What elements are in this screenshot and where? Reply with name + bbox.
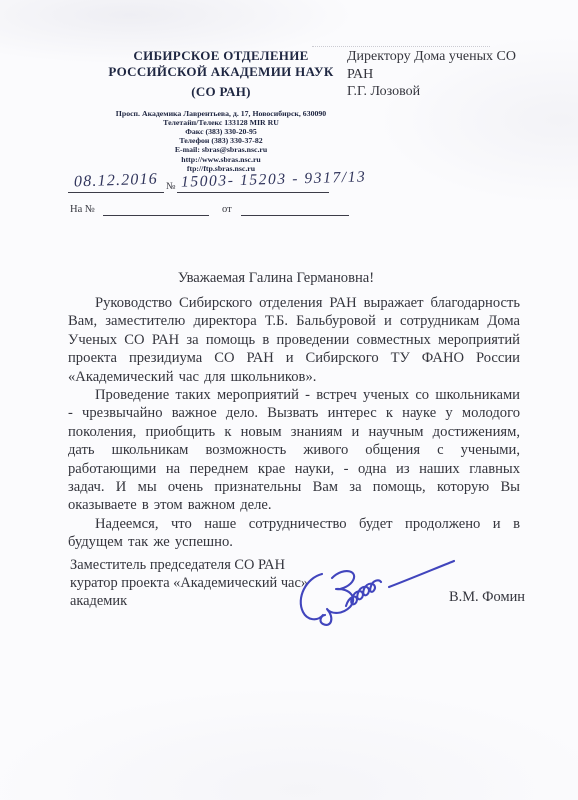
addressee-line1: Директору Дома ученых СО: [347, 48, 557, 66]
contact-website: http://www.sbras.nsc.ru: [75, 155, 367, 164]
contact-fax: Факс (383) 330-20-95: [75, 127, 367, 136]
letterhead-contacts: Просп. Академика Лаврентьева, д. 17, Нов…: [75, 109, 367, 173]
signer-name: В.М. Фомин: [449, 589, 525, 606]
letter-body: Руководство Сибирского отделения РАН выр…: [68, 294, 520, 552]
number-sign-label: №: [166, 181, 176, 192]
org-name-line2: РОССИЙСКОЙ АКАДЕМИИ НАУК: [75, 64, 367, 80]
handwritten-date: 08.12.2016: [74, 171, 159, 192]
body-paragraph-3: Надеемся, что наше сотрудничество будет …: [68, 515, 520, 552]
contact-email: E-mail: sbras@sbras.nsc.ru: [75, 145, 367, 154]
addressee-line2: РАН: [347, 66, 557, 84]
addressee-block: Директору Дома ученых СО РАН Г.Г. Лозово…: [347, 48, 557, 101]
addressee-line3: Г.Г. Лозовой: [347, 83, 557, 101]
reply-from-label: от: [222, 204, 232, 215]
contact-telex: Телетайп/Телекс 133128 MIR RU: [75, 118, 367, 127]
handwritten-signature-icon: [286, 554, 464, 636]
handwritten-number: 15003- 15203 - 9317/13: [181, 168, 367, 191]
letter-page: СИБИРСКОЕ ОТДЕЛЕНИЕ РОССИЙСКОЙ АКАДЕМИИ …: [0, 0, 578, 800]
signature-stroke-letter: [321, 571, 355, 625]
scan-artifact-line: [312, 46, 490, 47]
number-underline: [177, 192, 329, 193]
signature-stroke-paren: [301, 574, 323, 619]
org-abbreviation: (СО РАН): [75, 84, 367, 100]
reply-date-blank: [241, 215, 349, 216]
letterhead: СИБИРСКОЕ ОТДЕЛЕНИЕ РОССИЙСКОЙ АКАДЕМИИ …: [75, 48, 367, 173]
salutation: Уважаемая Галина Германовна!: [68, 270, 520, 287]
body-paragraph-1: Руководство Сибирского отделения РАН выр…: [68, 294, 520, 386]
date-underline: [68, 192, 164, 193]
org-name-line1: СИБИРСКОЕ ОТДЕЛЕНИЕ: [75, 48, 367, 64]
contact-phone: Телефон (383) 330-37-82: [75, 136, 367, 145]
contact-address: Просп. Академика Лаврентьева, д. 17, Нов…: [75, 109, 367, 118]
reply-number-blank: [103, 215, 209, 216]
reply-to-label: На №: [70, 204, 95, 215]
signature-stroke-dash: [389, 561, 454, 587]
body-paragraph-2: Проведение таких мероприятий - встреч уч…: [68, 386, 520, 515]
